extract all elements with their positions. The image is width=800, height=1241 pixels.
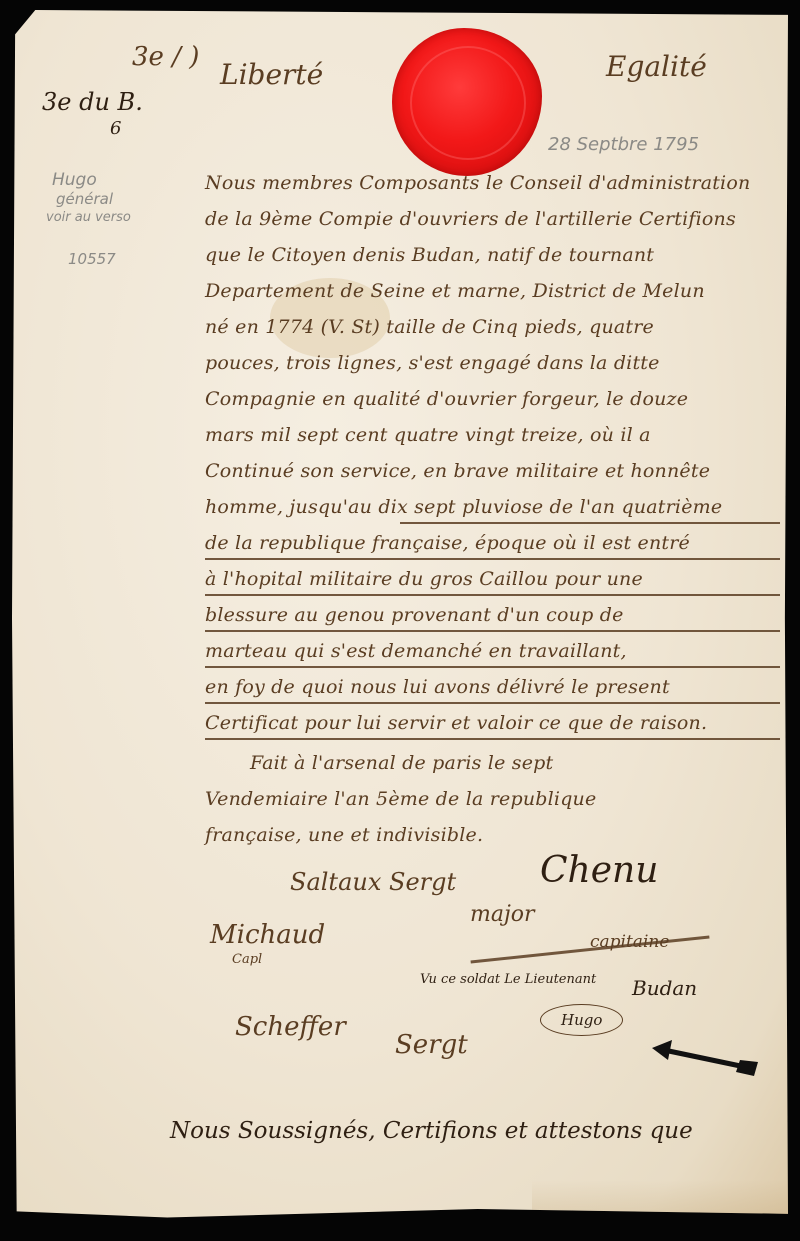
body-line: que le Citoyen denis Budan, natif de tou… xyxy=(205,244,654,266)
signature-scheffer: Scheffer xyxy=(235,1012,346,1042)
motto-egalite: Egalité xyxy=(606,50,707,83)
ref-margin: 3e du B. xyxy=(42,88,143,116)
body-line: Departement de Seine et marne, District … xyxy=(205,280,705,302)
pencil-date: 28 Septbre 1795 xyxy=(548,134,699,155)
pencil-margin-number: 10557 xyxy=(68,250,116,268)
body-line: Nous membres Composants le Conseil d'adm… xyxy=(205,172,750,194)
signature-michaud: Michaud xyxy=(210,920,325,950)
body-line: Vendemiaire l'an 5ème de la republique xyxy=(205,788,596,810)
signature-saltaux: Saltaux Sergt xyxy=(290,868,456,896)
arrow-left-icon xyxy=(650,1040,760,1080)
body-line: Continué son service, en brave militaire… xyxy=(205,460,710,482)
vu-line: Vu ce soldat Le Lieutenant xyxy=(420,972,596,987)
pencil-margin-note: voir au verso xyxy=(46,210,131,225)
underline xyxy=(205,630,780,632)
pencil-margin-name: Hugo xyxy=(52,170,97,190)
body-line: Certificat pour lui servir et valoir ce … xyxy=(205,712,707,734)
signature-hugo: Hugo xyxy=(540,1004,623,1036)
underline xyxy=(205,666,780,668)
signature-chenu: Chenu xyxy=(540,850,658,891)
body-line: pouces, trois lignes, s'est engagé dans … xyxy=(205,352,660,374)
signature-scheffer-role: Sergt xyxy=(395,1030,468,1060)
signature-major: major xyxy=(470,902,535,927)
underline xyxy=(205,594,780,596)
body-line: Fait à l'arsenal de paris le sept xyxy=(250,752,553,774)
signature-budan: Budan xyxy=(632,976,697,1000)
underline xyxy=(205,738,780,740)
body-line: Compagnie en qualité d'ouvrier forgeur, … xyxy=(205,388,688,410)
body-line: né en 1774 (V. St) taille de Cinq pieds,… xyxy=(205,316,654,338)
underline xyxy=(205,558,780,560)
body-line: homme, jusqu'au dix sept pluviose de l'a… xyxy=(205,496,722,518)
body-line: à l'hopital militaire du gros Caillou po… xyxy=(205,568,643,590)
signature-michaud-role: Capl xyxy=(232,952,262,967)
bottom-stain xyxy=(532,1180,792,1230)
underline xyxy=(400,522,780,524)
footer-line: Nous Soussignés, Certifions et attestons… xyxy=(170,1118,693,1144)
motto-liberte: Liberté xyxy=(220,58,323,91)
ref-margin-sub: 6 xyxy=(110,118,121,139)
signature-capitaine: capitaine xyxy=(590,932,669,952)
body-line: marteau qui s'est demanché en travaillan… xyxy=(205,640,627,662)
body-line: de la republique française, époque où il… xyxy=(205,532,690,554)
body-line: de la 9ème Compie d'ouvriers de l'artill… xyxy=(205,208,736,230)
body-line: mars mil sept cent quatre vingt treize, … xyxy=(205,424,651,446)
body-line: en foy de quoi nous lui avons délivré le… xyxy=(205,676,670,698)
body-line: blessure au genou provenant d'un coup de xyxy=(205,604,624,626)
underline xyxy=(205,702,780,704)
seal-ring xyxy=(410,46,526,160)
ref-top: 3e / ) xyxy=(132,42,199,72)
pencil-margin-role: général xyxy=(56,190,113,208)
body-line: française, une et indivisible. xyxy=(205,824,483,846)
